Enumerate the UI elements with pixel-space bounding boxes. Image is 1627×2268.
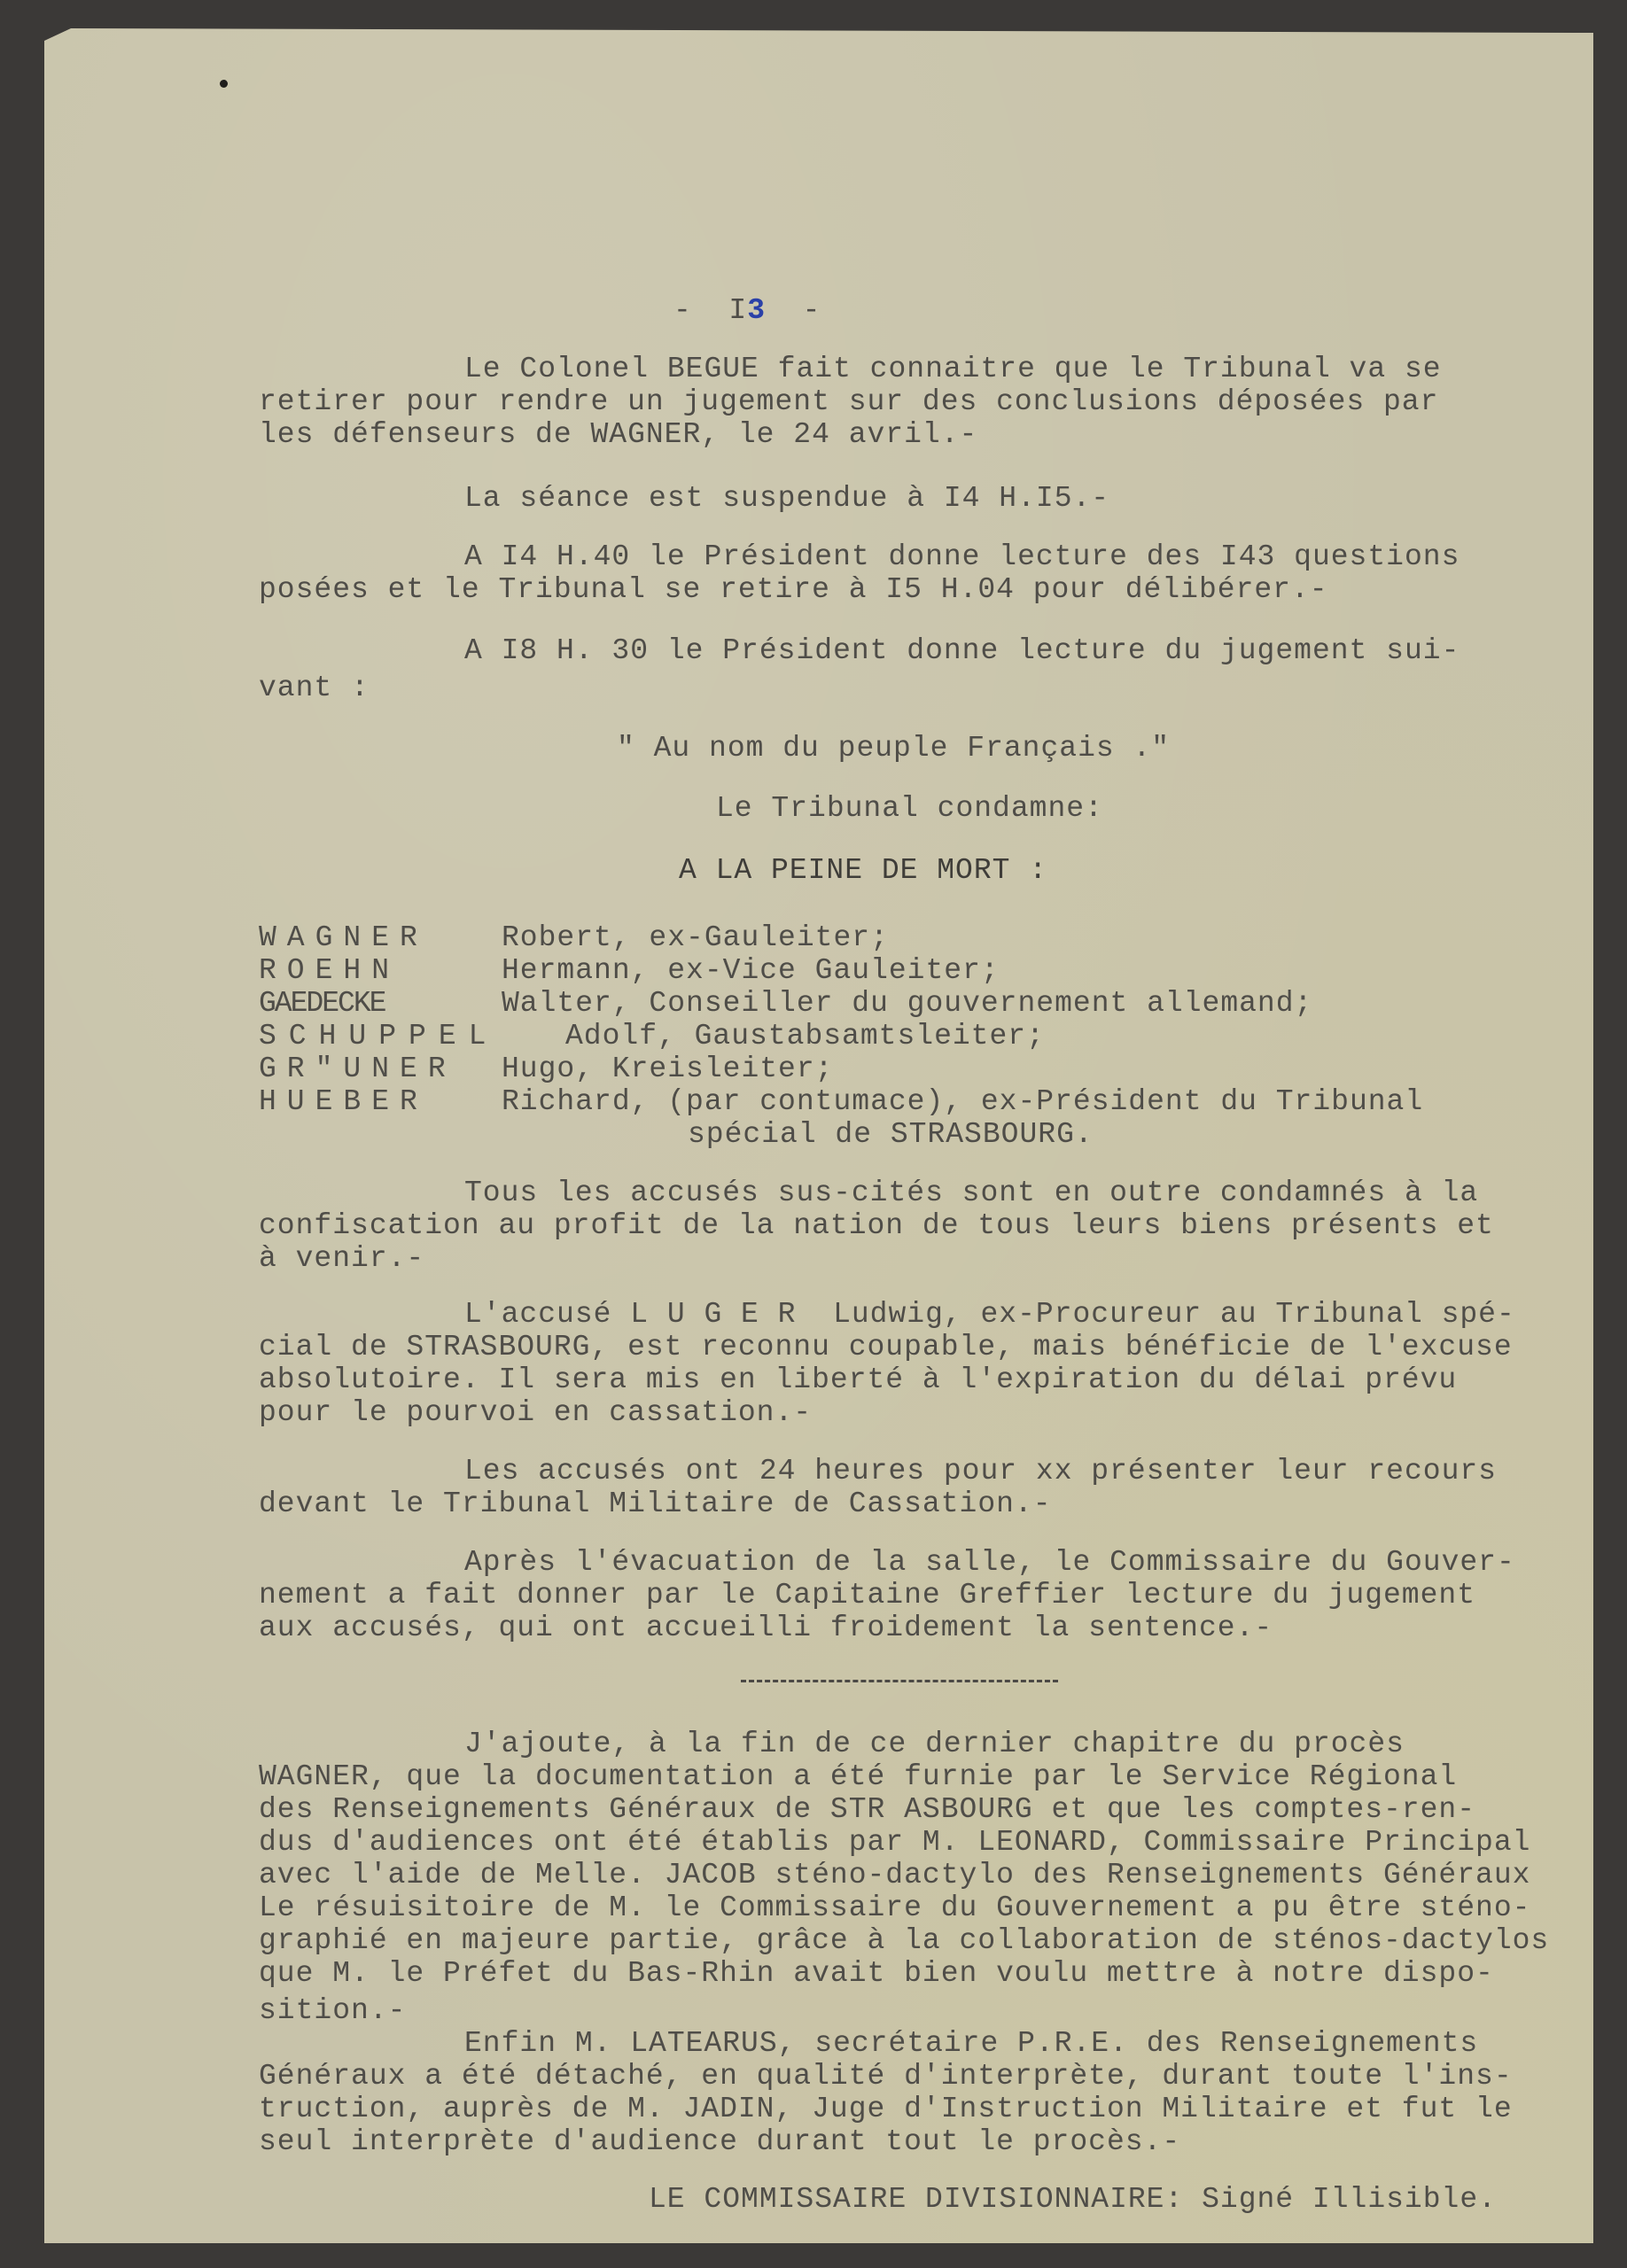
paragraph-line: seul interprète d'audience durant tout l… [259, 2127, 1180, 2156]
paragraph-line: avec l'aide de Melle. JACOB sténo-dactyl… [259, 1860, 1530, 1890]
condemned-surname: ROEHN [259, 956, 400, 985]
paragraph-line: que M. le Préfet du Bas-Rhin avait bien … [259, 1959, 1494, 1988]
page-number-handwritten: 3 [747, 294, 766, 327]
paragraph-line: sition.- [259, 1996, 406, 2025]
paragraph-line: vant : [259, 673, 370, 703]
verdict-heading: " Au nom du peuple Français ." [617, 734, 1170, 763]
condemned-details: Hermann, ex-Vice Gauleiter; [502, 956, 1000, 985]
paragraph-line: confiscation au profit de la nation de t… [259, 1211, 1494, 1240]
paragraph-line: J'ajoute, à la fin de ce dernier chapitr… [464, 1729, 1405, 1759]
paragraph-line: absolutoire. Il sera mis en liberté à l'… [259, 1365, 1457, 1394]
condemned-surname: GR"UNER [259, 1054, 456, 1084]
paragraph-line: retirer pour rendre un jugement sur des … [259, 387, 1438, 416]
signature-line: LE COMMISSAIRE DIVISIONNAIRE: Signé Illi… [649, 2185, 1497, 2214]
page-number: - I3 - [673, 296, 821, 325]
paragraph-line: nement a fait donner par le Capitaine Gr… [259, 1581, 1475, 1610]
paragraph-line: dus d'audiences ont été établis par M. L… [259, 1828, 1530, 1857]
paragraph-line: Tous les accusés sus-cités sont en outre… [464, 1178, 1478, 1208]
paragraph-line: truction, auprès de M. JADIN, Juge d'Ins… [259, 2094, 1513, 2124]
paragraph-line: posées et le Tribunal se retire à I5 H.0… [259, 575, 1328, 604]
paragraph-line: graphié en majeure partie, grâce à la co… [259, 1926, 1549, 1955]
section-separator [741, 1680, 1058, 1682]
page-number-suffix: - [766, 294, 821, 327]
paragraph-line: cial de STRASBOURG, est reconnu coupable… [259, 1332, 1513, 1362]
paragraph-line: Après l'évacuation de la salle, le Commi… [464, 1548, 1515, 1577]
paragraph-line: L'accusé L U G E R Ludwig, ex-Procureur … [464, 1300, 1515, 1329]
condemned-surname: WAGNER [259, 923, 428, 952]
condemned-details-continuation: spécial de STRASBOURG. [688, 1120, 1094, 1149]
paragraph-line: Enfin M. LATEARUS, secrétaire P.R.E. des… [464, 2029, 1478, 2058]
paragraph-line: Les accusés ont 24 heures pour xx présen… [464, 1456, 1497, 1486]
paragraph-line: La séance est suspendue à I4 H.I5.- [464, 484, 1109, 513]
condemned-surname: GAEDECKE [259, 989, 385, 1018]
paragraph-line: Généraux a été détaché, en qualité d'int… [259, 2062, 1513, 2091]
paragraph-line: A I8 H. 30 le Président donne lecture du… [464, 636, 1460, 665]
page-number-typed: - I [673, 294, 747, 327]
paragraph-line: pour le pourvoi en cassation.- [259, 1398, 812, 1427]
paragraph-line: A I4 H.40 le Président donne lecture des… [464, 542, 1460, 571]
condemned-details: Robert, ex-Gauleiter; [502, 923, 889, 952]
paragraph-line: aux accusés, qui ont accueilli froidemen… [259, 1613, 1273, 1643]
paragraph-line: devant le Tribunal Militaire de Cassatio… [259, 1489, 1052, 1518]
paragraph-line: Le résuisitoire de M. le Commissaire du … [259, 1893, 1530, 1922]
condemned-surname: SCHUPPEL [259, 1021, 498, 1051]
condemned-details: Walter, Conseiller du gouvernement allem… [502, 989, 1312, 1018]
paragraph-line: à venir.- [259, 1244, 424, 1273]
verdict-intro: Le Tribunal condamne: [716, 794, 1103, 823]
paragraph-line: des Renseignements Généraux de STR ASBOU… [259, 1795, 1475, 1824]
punch-hole [220, 80, 228, 88]
condemned-surname: HUEBER [259, 1087, 428, 1116]
condemned-details: Hugo, Kreisleiter; [502, 1054, 833, 1084]
condemned-details: Adolf, Gaustabsamtsleiter; [565, 1021, 1045, 1051]
paragraph-line: les défenseurs de WAGNER, le 24 avril.- [259, 420, 977, 449]
paragraph-line: WAGNER, que la documentation a été furni… [259, 1762, 1457, 1791]
paragraph-line: Le Colonel BEGUE fait connaitre que le T… [464, 354, 1442, 384]
condemned-details: Richard, (par contumace), ex-Président d… [502, 1087, 1423, 1116]
verdict-sentence: A LA PEINE DE MORT : [679, 856, 1047, 885]
